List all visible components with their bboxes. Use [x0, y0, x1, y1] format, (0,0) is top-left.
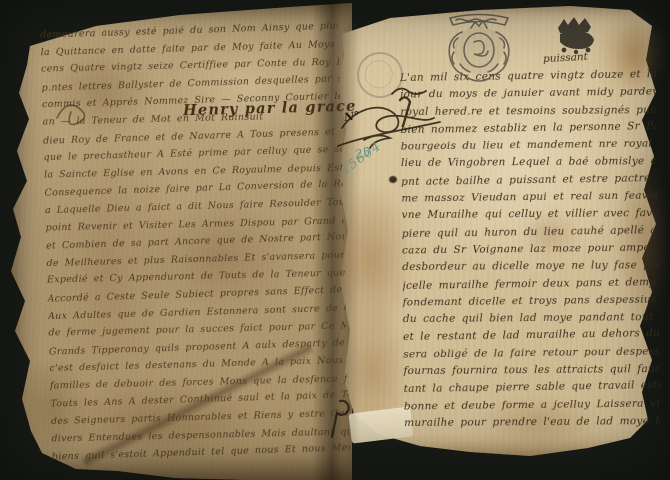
notary-paraph-flourish-icon — [334, 82, 446, 166]
margin-squiggle-icon — [52, 86, 94, 138]
gutter-flourish-icon — [326, 396, 352, 442]
manuscript-scan: demeurera aussy esté paié du son Nom Ain… — [0, 0, 670, 480]
ink-blot — [389, 176, 397, 183]
manuscript-line: pnt acte bailhe a puissant et estre pact… — [401, 170, 657, 191]
manuscript-line: jcelle murailhe fermoir deux pans et dem… — [402, 274, 658, 295]
handwritten-caption: puissant — [543, 51, 588, 65]
armorial-fiscal-stamp-icon — [430, 8, 528, 86]
ink-number-mark: N° — [343, 109, 360, 124]
small-fiscal-handstamp-icon — [552, 14, 602, 56]
manuscript-line: piere quil au huron du lieu cauhé apellé… — [402, 222, 658, 243]
manuscript-line: murailhe pour prendre l'eau de lad moye … — [404, 413, 660, 432]
